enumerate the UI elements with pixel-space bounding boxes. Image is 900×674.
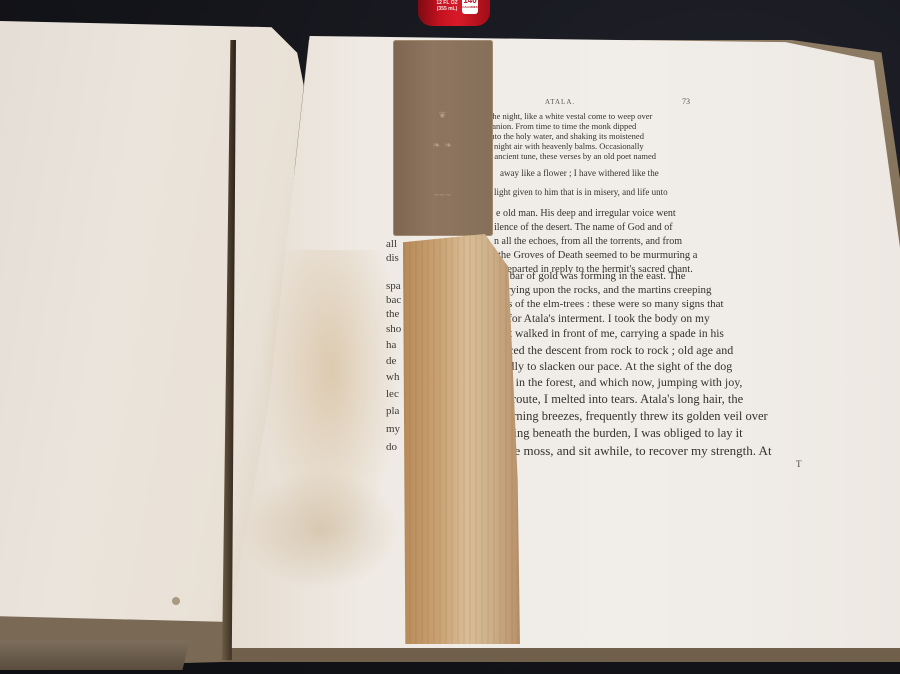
text-line: for Atala's interment. I took the body o… xyxy=(508,313,710,325)
text-line: ually to slacken our pace. At the sight … xyxy=(500,359,732,374)
text-line: nit walked in front of me, carrying a sp… xyxy=(500,328,724,340)
text-line: e old man. His deep and irregular voice … xyxy=(496,208,676,219)
text-line: orning breezes, frequently threw its gol… xyxy=(506,409,768,424)
text-fragment: spa xyxy=(386,280,401,292)
text-fragment: sho xyxy=(386,323,401,335)
text-fragment: do xyxy=(386,441,397,453)
text-line: he moss, and sit awhile, to recover my s… xyxy=(508,443,772,459)
text-line: the Groves of Death seemed to be murmuri… xyxy=(498,250,697,261)
text-line: s in the forest, and which now, jumping … xyxy=(508,375,742,390)
text-line: night air with heavenly balms. Occasiona… xyxy=(494,141,644,151)
text-line: n all the echoes, from all the torrents,… xyxy=(494,236,682,247)
text-fragment: all xyxy=(386,238,397,250)
text-line: a bar of gold was forming in the east. T… xyxy=(502,270,686,282)
text-line: into the holy water, and shaking its moi… xyxy=(488,131,644,141)
text-line: nced the descent from rock to rock ; old… xyxy=(502,343,733,358)
text-line: ws of the elm-trees : these were so many… xyxy=(500,298,724,310)
running-head: ATALA. xyxy=(545,98,575,106)
spine-leather-piece: ❦ ❧ ❧ ~~~ xyxy=(393,40,493,236)
can-volume-line2: (355 mL) xyxy=(436,6,458,12)
left-page-edges xyxy=(0,640,190,670)
spine-ornament-icon: ~~~ xyxy=(415,190,471,200)
text-fragment: de xyxy=(386,355,396,367)
text-fragment: bac xyxy=(386,294,401,306)
text-fragment: ha xyxy=(386,339,396,351)
verse-line: light given to him that is in misery, an… xyxy=(494,187,668,197)
text-fragment: my xyxy=(386,423,400,435)
text-fragment: lec xyxy=(386,388,399,400)
left-page-stain xyxy=(172,597,180,605)
text-fragment: the xyxy=(386,308,399,320)
water-stain-lower xyxy=(240,470,400,590)
text-fragment: pla xyxy=(386,405,399,417)
calorie-label: CALORIES xyxy=(462,5,478,9)
text-line: ling beneath the burden, I was obliged t… xyxy=(510,426,743,441)
text-line: ilence of the desert. The name of God an… xyxy=(494,222,673,233)
spine-backing-strip xyxy=(403,234,520,644)
photo-scene: 12 FL OZ (355 mL) 140 CALORIES ATALA. 73… xyxy=(0,0,900,674)
text-line: the night, like a white vestal come to w… xyxy=(490,111,652,121)
soda-can: 12 FL OZ (355 mL) 140 CALORIES xyxy=(418,0,490,26)
text-line: panion. From time to time the monk dippe… xyxy=(488,121,636,131)
text-line: route, I melted into tears. Atala's long… xyxy=(512,392,743,407)
signature-mark: T xyxy=(796,459,802,469)
spine-ornament-icon: ❧ ❧ xyxy=(415,140,471,151)
text-line: crying upon the rocks, and the martins c… xyxy=(502,284,712,296)
calorie-badge: 140 CALORIES xyxy=(462,0,478,14)
can-volume-label: 12 FL OZ (355 mL) xyxy=(436,0,458,12)
text-fragment: dis xyxy=(386,252,399,264)
text-fragment: wh xyxy=(386,371,399,383)
spine-ornament-icon: ❦ xyxy=(415,110,471,121)
verse-line: away like a flower ; I have withered lik… xyxy=(500,168,659,178)
page-number: 73 xyxy=(682,97,690,106)
text-line: n ancient tune, these verses by an old p… xyxy=(488,151,656,161)
